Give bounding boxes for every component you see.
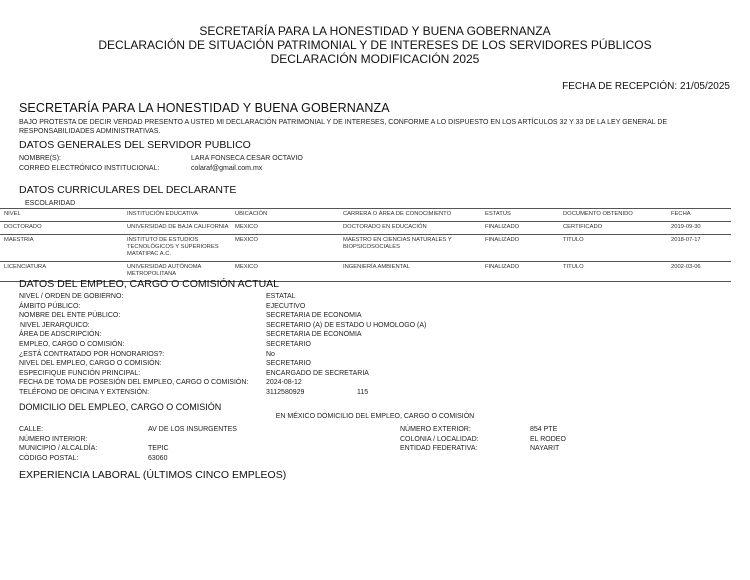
cell: MEXICO [231,235,339,262]
header-line-3: DECLARACIÓN MODIFICACIÓN 2025 [0,52,750,66]
col-carrera: CARRERA O ÁREA DE CONOCIMIENTO [339,209,481,222]
num-interior-label: NÚMERO INTERIOR: [19,435,87,445]
num-exterior-label: NÚMERO EXTERIOR: [400,425,471,435]
document-header: SECRETARÍA PARA LA HONESTIDAD Y BUENA GO… [0,24,750,66]
municipio-value: TEPIC [148,444,169,454]
table-row: MAESTRIA INSTITUTO DE ESTUDIOS TECNOLÓGI… [0,235,731,262]
adscripcion-label: ÁREA DE ADSCRIPCIÓN: [19,330,101,340]
domicilio-title: DOMICILIO DEL EMPLEO, CARGO O COMISIÓN [19,402,221,412]
col-documento: DOCUMENTO OBTENIDO [559,209,667,222]
correo-label: CORREO ELECTRÓNICO INSTITUCIONAL: [19,164,159,174]
codigo-postal-value: 63060 [148,454,167,464]
cell: FINALIZADO [481,222,559,235]
cell: DOCTORADO EN EDUCACIÓN [339,222,481,235]
adscripcion-value: SECRETARIA DE ECONOMIA [266,330,362,340]
cell: INSTITUTO DE ESTUDIOS TECNOLÓGICOS Y SUP… [123,235,231,262]
funcion-label: ESPECIFIQUE FUNCIÓN PRINCIPAL: [19,369,140,379]
header-line-2: DECLARACIÓN DE SITUACIÓN PATRIMONIAL Y D… [0,38,750,52]
curriculares-title: DATOS CURRICULARES DEL DECLARANTE [19,184,236,196]
datos-generales-title: DATOS GENERALES DEL SERVIDOR PUBLICO [19,139,251,151]
honorarios-label: ¿ESTÁ CONTRATADO POR HONORARIOS?: [19,350,164,360]
cell: 2018-07-17 [667,235,731,262]
empleo-title: DATOS DEL EMPLEO, CARGO O COMISIÓN ACTUA… [19,278,279,290]
col-estatus: ESTATUS [481,209,559,222]
cell: 2019-09-30 [667,222,731,235]
telefono-value: 3112580929 [266,388,304,398]
honorarios-value: No [266,350,275,360]
posesion-value: 2024-08-12 [266,378,302,388]
fecha-recepcion: FECHA DE RECEPCIÓN: 21/05/2025 [562,81,730,92]
escolaridad-table: NIVEL INSTITUCIÓN EDUCATIVA UBICACIÓN CA… [0,208,731,282]
ente-value: SECRETARIA DE ECONOMIA [266,311,362,321]
nivel-empleo-value: SECRETARIO [266,359,311,369]
empleo-cargo-value: SECRETARIO [266,340,311,350]
nivel-orden-label: NIVEL / ORDEN DE GOBIERNO: [19,292,123,302]
col-nivel: NIVEL [0,209,123,222]
ente-label: NOMBRE DEL ENTE PÚBLICO: [19,311,120,321]
domicilio-subtitle: EN MÉXICO DOMICILIO DEL EMPLEO, CARGO O … [0,413,750,420]
funcion-value: ENCARGADO DE SECRETARIA [266,369,369,379]
cell: FINALIZADO [481,262,559,282]
nombre-value: LARA FONSECA CESAR OCTAVIO [191,154,303,164]
table-row: DOCTORADO UNIVERSIDAD DE BAJA CALIFORNIA… [0,222,731,235]
intro-text: BAJO PROTESTA DE DECIR VERDAD PRESENTO A… [19,118,734,136]
col-ubicacion: UBICACIÓN [231,209,339,222]
cell: MEXICO [231,222,339,235]
cell: MAESTRO EN CIENCIAS NATURALES Y BIOPSICO… [339,235,481,262]
municipio-label: MUNICIPIO / ALCALDÍA: [19,444,97,454]
cell: TITULO [559,235,667,262]
cell: DOCTORADO [0,222,123,235]
posesion-label: FECHA DE TOMA DE POSESIÓN DEL EMPLEO, CA… [19,378,248,388]
cell: FINALIZADO [481,235,559,262]
cell: MAESTRIA [0,235,123,262]
header-line-1: SECRETARÍA PARA LA HONESTIDAD Y BUENA GO… [0,24,750,38]
nombre-label: NOMBRE(S): [19,154,61,164]
nivel-empleo-label: NIVEL DEL EMPLEO, CARGO O COMISIÓN: [19,359,162,369]
col-fecha: FECHA [667,209,731,222]
jerarquico-label: NIVEL JERARQUICO: [20,321,90,331]
ambito-label: ÁMBITO PÚBLICO: [19,302,80,312]
intro-title: SECRETARÍA PARA LA HONESTIDAD Y BUENA GO… [19,101,390,115]
correo-value: colaraf@gmail.com.mx [191,164,262,174]
cell: CERTIFICADO [559,222,667,235]
escolaridad-subtitle: ESCOLARIDAD [25,200,75,207]
telefono-label: TELÉFONO DE OFICINA Y EXTENSIÓN: [19,388,149,398]
num-exterior-value: 854 PTE [530,425,557,435]
jerarquico-value: SECRETARIO (A) DE ESTADO U HOMOLOGO (A) [266,321,426,331]
calle-label: CALLE: [19,425,43,435]
nivel-orden-value: ESTATAL [266,292,296,302]
cell: UNIVERSIDAD DE BAJA CALIFORNIA [123,222,231,235]
colonia-label: COLONIA / LOCALIDAD: [400,435,479,445]
col-institucion: INSTITUCIÓN EDUCATIVA [123,209,231,222]
ambito-value: EJECUTIVO [266,302,305,312]
experiencia-title: EXPERIENCIA LABORAL (ÚLTIMOS CINCO EMPLE… [19,469,286,481]
empleo-cargo-label: EMPLEO, CARGO O COMISIÓN: [19,340,124,350]
codigo-postal-label: CÓDIGO POSTAL: [19,454,78,464]
cell: INGENIERÍA AMBIENTAL [339,262,481,282]
table-header-row: NIVEL INSTITUCIÓN EDUCATIVA UBICACIÓN CA… [0,209,731,222]
colonia-value: EL RODEO [530,435,566,445]
calle-value: AV DE LOS INSURGENTES [148,425,237,435]
cell: 2002-03-06 [667,262,731,282]
cell: TITULO [559,262,667,282]
entidad-label: ENTIDAD FEDERATIVA: [400,444,478,454]
extension-value: 115 [357,388,368,398]
entidad-value: NAYARIT [530,444,559,454]
